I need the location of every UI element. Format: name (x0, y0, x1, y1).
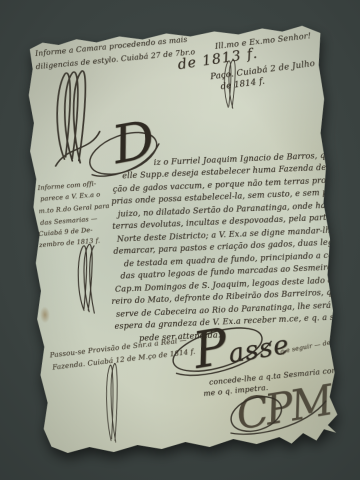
salutation: Ill.mo e Ex.mo Senhor! (214, 31, 311, 51)
photo-backdrop: Informe a Camara procedendo as mais dili… (0, 0, 360, 480)
margin-note-line: Cuiabá 9 de De- (38, 226, 93, 238)
margin-note-line: parece a V. Ex.a o (40, 190, 101, 203)
manuscript-page-wrap: Informe a Camara procedendo as mais dili… (24, 25, 339, 458)
pen-trial-squiggle (100, 361, 129, 444)
monogram-flourish (225, 385, 331, 437)
margin-note-line: m.to R.do Geral para (38, 202, 109, 215)
manuscript-page: Informe a Camara procedendo as mais dili… (24, 25, 339, 458)
pen-trial-squiggle (71, 242, 108, 315)
margin-note-line: Informe com offi- (37, 180, 96, 192)
